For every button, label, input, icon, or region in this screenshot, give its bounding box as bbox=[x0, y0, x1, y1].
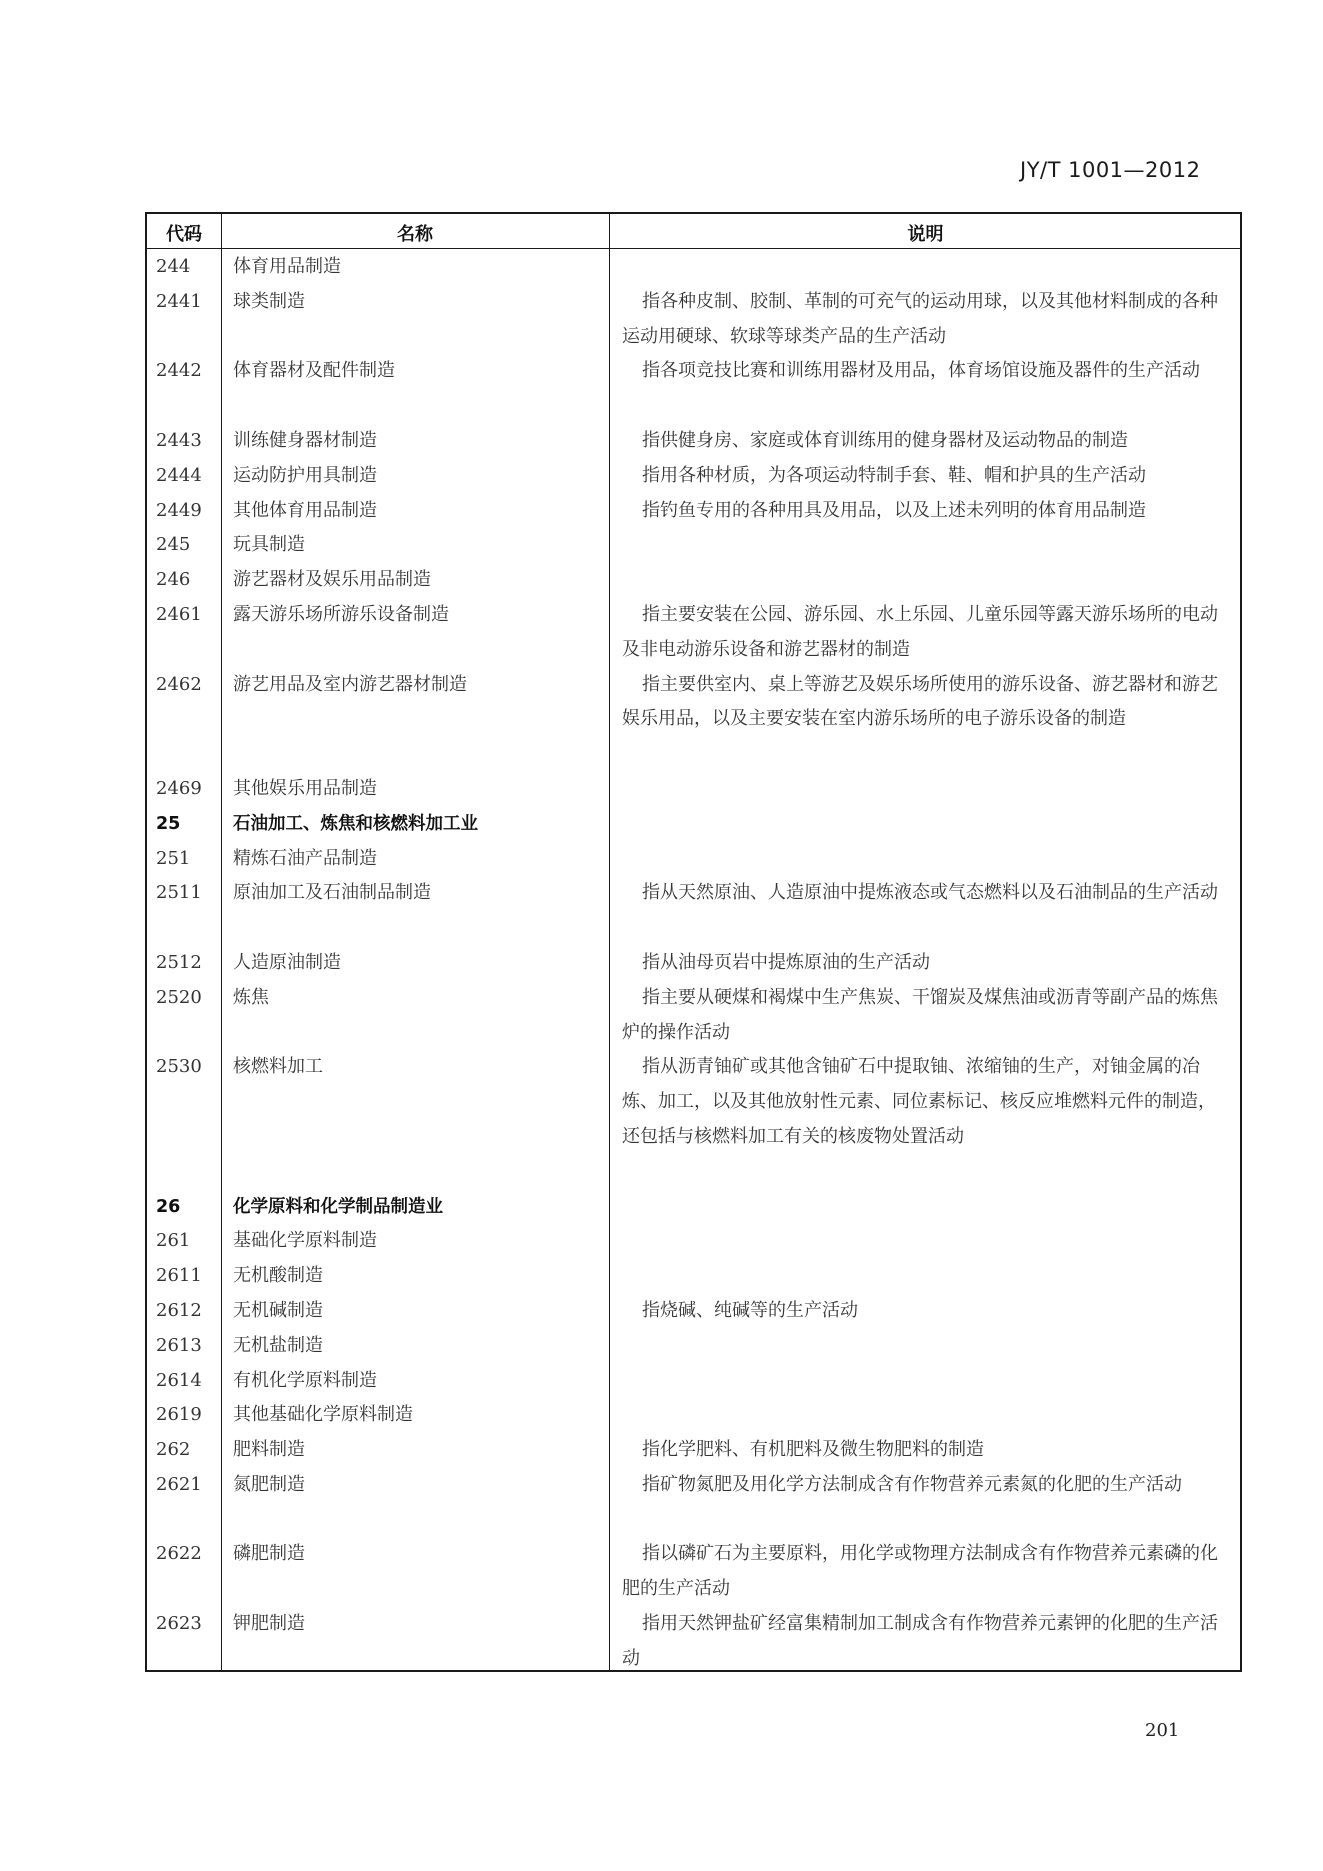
row-code: 2623 bbox=[156, 1607, 218, 1642]
table-row: 2449其他体育用品制造指钓鱼专用的各种用具及用品，以及上述未列明的体育用品制造 bbox=[147, 494, 1240, 529]
table-row: 2520炼焦指主要从硬煤和褐煤中生产焦炭、干馏炭及煤焦油或沥青等副产品的炼焦炉的… bbox=[147, 981, 1240, 1051]
column-header-description: 说明 bbox=[609, 220, 1242, 246]
table-row: 2512人造原油制造指从油母页岩中提炼原油的生产活动 bbox=[147, 946, 1240, 981]
table-row: 2613无机盐制造 bbox=[147, 1329, 1240, 1364]
table-row: 2623钾肥制造指用天然钾盐矿经富集精制加工制成含有作物营养元素钾的化肥的生产活… bbox=[147, 1607, 1240, 1677]
row-name: 其他体育用品制造 bbox=[233, 494, 603, 529]
column-header-name: 名称 bbox=[221, 220, 609, 246]
row-name: 体育器材及配件制造 bbox=[233, 354, 603, 389]
row-code: 25 bbox=[156, 807, 218, 842]
row-name: 原油加工及石油制品制造 bbox=[233, 876, 603, 911]
classification-table: 代码 名称 说明 244体育用品制造2441球类制造指各种皮制、胶制、革制的可充… bbox=[145, 212, 1242, 1672]
table-row: 262肥料制造指化学肥料、有机肥料及微生物肥料的制造 bbox=[147, 1433, 1240, 1468]
row-code: 2443 bbox=[156, 424, 218, 459]
row-name: 氮肥制造 bbox=[233, 1468, 603, 1503]
row-code: 2612 bbox=[156, 1294, 218, 1329]
row-description: 指各种皮制、胶制、革制的可充气的运动用球，以及其他材料制成的各种运动用硬球、软球… bbox=[622, 285, 1232, 355]
table-row: 2442体育器材及配件制造指各项竞技比赛和训练用器材及用品，体育场馆设施及器件的… bbox=[147, 354, 1240, 424]
row-name: 基础化学原料制造 bbox=[233, 1224, 603, 1259]
row-code: 2520 bbox=[156, 981, 218, 1016]
table-row: 2530核燃料加工指从沥青铀矿或其他含铀矿石中提取铀、浓缩铀的生产，对铀金属的冶… bbox=[147, 1050, 1240, 1189]
row-description: 指各项竞技比赛和训练用器材及用品，体育场馆设施及器件的生产活动 bbox=[622, 354, 1232, 389]
row-code: 2461 bbox=[156, 598, 218, 633]
row-code: 262 bbox=[156, 1433, 218, 1468]
row-description: 指烧碱、纯碱等的生产活动 bbox=[622, 1294, 1232, 1329]
row-name: 玩具制造 bbox=[233, 528, 603, 563]
table-row: 2441球类制造指各种皮制、胶制、革制的可充气的运动用球，以及其他材料制成的各种… bbox=[147, 285, 1240, 355]
row-description: 指主要从硬煤和褐煤中生产焦炭、干馏炭及煤焦油或沥青等副产品的炼焦炉的操作活动 bbox=[622, 981, 1232, 1051]
page-number: 201 bbox=[1145, 1720, 1179, 1741]
standard-code: JY/T 1001—2012 bbox=[1020, 158, 1201, 182]
row-description: 指主要供室内、桌上等游艺及娱乐场所使用的游乐设备、游艺器材和游艺娱乐用品，以及主… bbox=[622, 668, 1232, 738]
row-code: 2619 bbox=[156, 1398, 218, 1433]
row-code: 2622 bbox=[156, 1537, 218, 1572]
row-name: 游艺器材及娱乐用品制造 bbox=[233, 563, 603, 598]
row-description: 指化学肥料、有机肥料及微生物肥料的制造 bbox=[622, 1433, 1232, 1468]
table-row: 251精炼石油产品制造 bbox=[147, 842, 1240, 877]
row-code: 2444 bbox=[156, 459, 218, 494]
row-name: 体育用品制造 bbox=[233, 250, 603, 285]
column-header-code: 代码 bbox=[147, 220, 221, 246]
row-code: 2462 bbox=[156, 668, 218, 703]
row-name: 运动防护用具制造 bbox=[233, 459, 603, 494]
row-description: 指主要安装在公园、游乐园、水上乐园、儿童乐园等露天游乐场所的电动及非电动游乐设备… bbox=[622, 598, 1232, 668]
row-code: 2614 bbox=[156, 1364, 218, 1399]
row-description: 指用天然钾盐矿经富集精制加工制成含有作物营养元素钾的化肥的生产活动 bbox=[622, 1607, 1232, 1677]
row-code: 2511 bbox=[156, 876, 218, 911]
row-name: 无机碱制造 bbox=[233, 1294, 603, 1329]
table-row: 2611无机酸制造 bbox=[147, 1259, 1240, 1294]
row-name: 核燃料加工 bbox=[233, 1050, 603, 1085]
row-name: 露天游乐场所游乐设备制造 bbox=[233, 598, 603, 633]
row-code: 2530 bbox=[156, 1050, 218, 1085]
row-code: 2611 bbox=[156, 1259, 218, 1294]
row-name: 游艺用品及室内游艺器材制造 bbox=[233, 668, 603, 703]
row-code: 261 bbox=[156, 1224, 218, 1259]
table-header: 代码 名称 说明 bbox=[147, 214, 1240, 248]
row-code: 246 bbox=[156, 563, 218, 598]
table-row: 2619其他基础化学原料制造 bbox=[147, 1398, 1240, 1433]
row-name: 无机盐制造 bbox=[233, 1329, 603, 1364]
row-description: 指从油母页岩中提炼原油的生产活动 bbox=[622, 946, 1232, 981]
row-name: 精炼石油产品制造 bbox=[233, 842, 603, 877]
table-row: 2614有机化学原料制造 bbox=[147, 1364, 1240, 1399]
table-row: 2469其他娱乐用品制造 bbox=[147, 772, 1240, 807]
table-row: 2462游艺用品及室内游艺器材制造指主要供室内、桌上等游艺及娱乐场所使用的游乐设… bbox=[147, 668, 1240, 772]
row-description: 指从天然原油、人造原油中提炼液态或气态燃料以及石油制品的生产活动 bbox=[622, 876, 1232, 911]
row-name: 磷肥制造 bbox=[233, 1537, 603, 1572]
table-row: 2461露天游乐场所游乐设备制造指主要安装在公园、游乐园、水上乐园、儿童乐园等露… bbox=[147, 598, 1240, 668]
header-divider bbox=[147, 248, 1240, 249]
row-code: 2621 bbox=[156, 1468, 218, 1503]
table-row: 261基础化学原料制造 bbox=[147, 1224, 1240, 1259]
row-code: 251 bbox=[156, 842, 218, 877]
table-row: 25石油加工、炼焦和核燃料加工业 bbox=[147, 807, 1240, 842]
row-name: 炼焦 bbox=[233, 981, 603, 1016]
row-code: 2613 bbox=[156, 1329, 218, 1364]
row-name: 化学原料和化学制品制造业 bbox=[233, 1190, 603, 1225]
table-row: 2621氮肥制造指矿物氮肥及用化学方法制成含有作物营养元素氮的化肥的生产活动 bbox=[147, 1468, 1240, 1538]
row-description: 指矿物氮肥及用化学方法制成含有作物营养元素氮的化肥的生产活动 bbox=[622, 1468, 1232, 1503]
row-code: 244 bbox=[156, 250, 218, 285]
row-description: 指供健身房、家庭或体育训练用的健身器材及运动物品的制造 bbox=[622, 424, 1232, 459]
row-name: 训练健身器材制造 bbox=[233, 424, 603, 459]
row-code: 245 bbox=[156, 528, 218, 563]
table-row: 2444运动防护用具制造指用各种材质，为各项运动特制手套、鞋、帽和护具的生产活动 bbox=[147, 459, 1240, 494]
table-body: 244体育用品制造2441球类制造指各种皮制、胶制、革制的可充气的运动用球，以及… bbox=[147, 250, 1240, 1677]
row-description: 指钓鱼专用的各种用具及用品，以及上述未列明的体育用品制造 bbox=[622, 494, 1232, 529]
row-name: 无机酸制造 bbox=[233, 1259, 603, 1294]
row-code: 2449 bbox=[156, 494, 218, 529]
row-name: 其他娱乐用品制造 bbox=[233, 772, 603, 807]
row-name: 其他基础化学原料制造 bbox=[233, 1398, 603, 1433]
row-description: 指用各种材质，为各项运动特制手套、鞋、帽和护具的生产活动 bbox=[622, 459, 1232, 494]
row-code: 2442 bbox=[156, 354, 218, 389]
table-row: 246游艺器材及娱乐用品制造 bbox=[147, 563, 1240, 598]
table-row: 245玩具制造 bbox=[147, 528, 1240, 563]
row-name: 石油加工、炼焦和核燃料加工业 bbox=[233, 807, 603, 842]
table-row: 26化学原料和化学制品制造业 bbox=[147, 1190, 1240, 1225]
table-row: 2622磷肥制造指以磷矿石为主要原料，用化学或物理方法制成含有作物营养元素磷的化… bbox=[147, 1537, 1240, 1607]
row-name: 人造原油制造 bbox=[233, 946, 603, 981]
row-code: 2441 bbox=[156, 285, 218, 320]
row-code: 26 bbox=[156, 1190, 218, 1225]
row-name: 钾肥制造 bbox=[233, 1607, 603, 1642]
row-name: 球类制造 bbox=[233, 285, 603, 320]
row-code: 2512 bbox=[156, 946, 218, 981]
row-description: 指从沥青铀矿或其他含铀矿石中提取铀、浓缩铀的生产，对铀金属的冶炼、加工，以及其他… bbox=[622, 1050, 1232, 1154]
row-code: 2469 bbox=[156, 772, 218, 807]
table-row: 2443训练健身器材制造指供健身房、家庭或体育训练用的健身器材及运动物品的制造 bbox=[147, 424, 1240, 459]
row-description: 指以磷矿石为主要原料，用化学或物理方法制成含有作物营养元素磷的化肥的生产活动 bbox=[622, 1537, 1232, 1607]
row-name: 有机化学原料制造 bbox=[233, 1364, 603, 1399]
table-row: 2511原油加工及石油制品制造指从天然原油、人造原油中提炼液态或气态燃料以及石油… bbox=[147, 876, 1240, 946]
row-name: 肥料制造 bbox=[233, 1433, 603, 1468]
table-row: 244体育用品制造 bbox=[147, 250, 1240, 285]
table-row: 2612无机碱制造指烧碱、纯碱等的生产活动 bbox=[147, 1294, 1240, 1329]
